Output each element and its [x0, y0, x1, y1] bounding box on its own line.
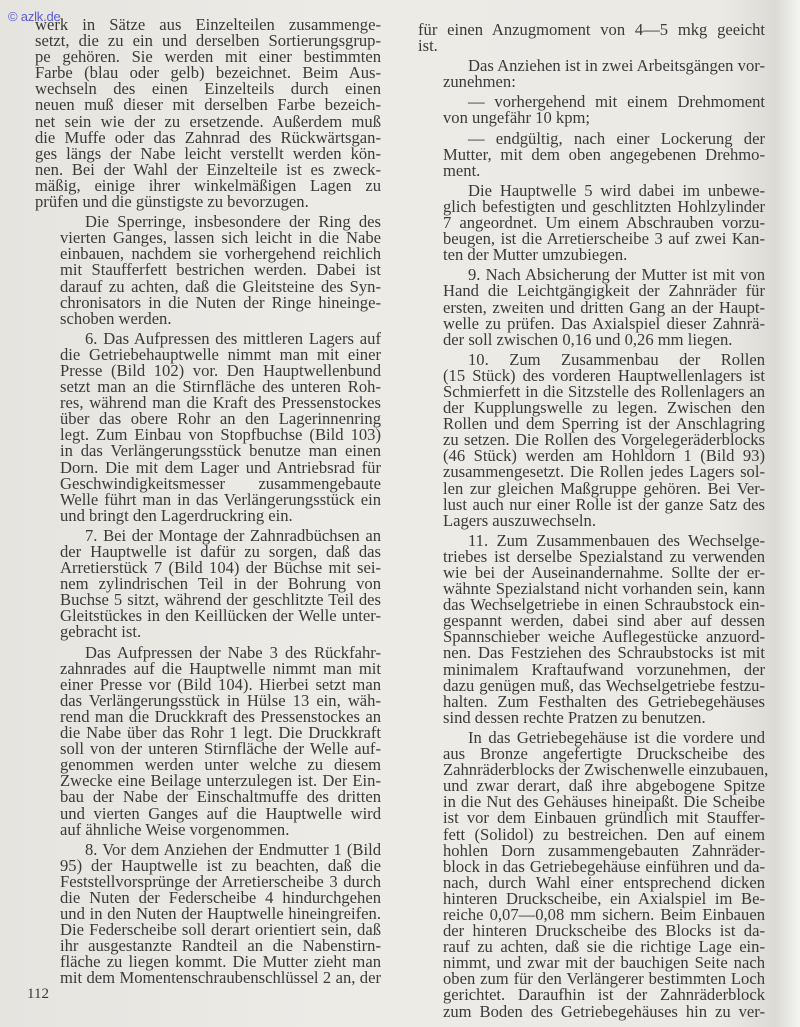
text-line: auf ähnliche Weise vorgenommen.: [35, 822, 381, 838]
text-line: mit dem Momentenschraubenschlüssel 2 an,…: [35, 970, 381, 986]
paragraph: In das Getriebegehäuse ist die vordere u…: [418, 730, 765, 1020]
text-line: für einen Anzugmoment von 4—5 mkg geeich…: [418, 22, 765, 38]
paragraph: Die Hauptwelle 5 wird dabei im unbewe-gl…: [418, 183, 765, 263]
text-line: zunehmen:: [418, 74, 765, 90]
paragraph: für einen Anzugmoment von 4—5 mkg geeich…: [418, 22, 765, 54]
text-line: schoben werden.: [35, 311, 381, 327]
right-text-column: für einen Anzugmoment von 4—5 mkg geeich…: [418, 22, 765, 1024]
text-line: ment.: [418, 163, 765, 179]
paragraph: — endgültig, nach einer Lockerung derMut…: [418, 131, 765, 179]
paragraph: 11. Zum Zusammenbauen des Wechselge-trie…: [418, 533, 765, 726]
text-line: ist.: [418, 38, 765, 54]
text-line: ten der Mutter umzubiegen.: [418, 247, 765, 263]
paragraph: 7. Bei der Montage der Zahnradbüchsen an…: [35, 528, 381, 641]
page-number: 112: [27, 986, 49, 1003]
scanned-page: © azlk.de werk in Sätze aus Einzelteilen…: [0, 0, 800, 1027]
paragraph: Die Sperringe, insbesondere der Ring des…: [35, 214, 381, 327]
paragraph: 8. Vor dem Anziehen der Endmutter 1 (Bil…: [35, 842, 381, 987]
left-text-column: werk in Sätze aus Einzelteilen zusammeng…: [35, 17, 381, 991]
text-line: sind dessen rechte Pratzen zu benutzen.: [418, 710, 765, 726]
paragraph: 10. Zum Zusammenbau der Rollen(15 Stück)…: [418, 352, 765, 529]
paragraph: Das Aufpressen der Nabe 3 des Rückfahr-z…: [35, 645, 381, 838]
paragraph: — vorhergehend mit einem Drehmomentvon u…: [418, 94, 765, 126]
text-line: zum Boden des Getriebegehäuses hin zu ve…: [418, 1004, 765, 1020]
paragraph: Das Anziehen ist in zwei Arbeitsgängen v…: [418, 58, 765, 90]
text-line: Lagers auszuwechseln.: [418, 513, 765, 529]
paragraph: 6. Das Aufpressen des mittleren Lagers a…: [35, 331, 381, 524]
text-line: prüfen und die günstigste zu bevorzugen.: [35, 194, 381, 210]
text-line: gebracht ist.: [35, 624, 381, 640]
paragraph: 9. Nach Absicherung der Mutter ist mit v…: [418, 267, 765, 347]
text-line: von ungefähr 10 kpm;: [418, 110, 765, 126]
paragraph: werk in Sätze aus Einzelteilen zusammeng…: [35, 17, 381, 210]
text-line: und bringt den Lagerdruckring ein.: [35, 508, 381, 524]
text-line: der soll zwischen 0,16 und 0,26 mm liege…: [418, 332, 765, 348]
